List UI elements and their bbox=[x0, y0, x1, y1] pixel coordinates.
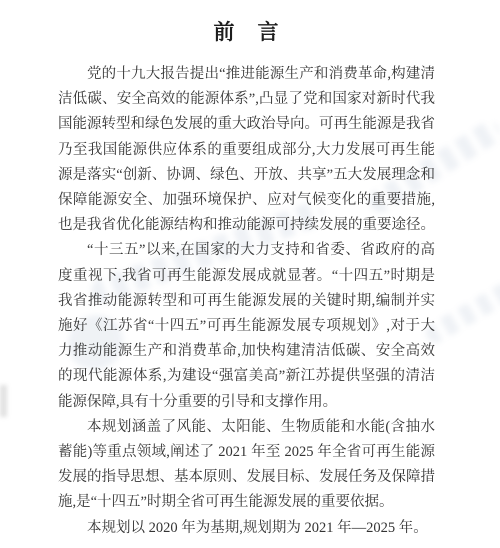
paragraph-3: 本规划涵盖了风能、太阳能、生物质能和水能(含抽水蓄能)等重点领域,阐述了 202… bbox=[58, 415, 435, 516]
preface-body: 党的十九大报告提出“推进能源生产和消费革命,构建清洁低碳、安全高效的能源体系”,… bbox=[58, 62, 435, 541]
paragraph-4: 本规划以 2020 年为基期,规划期为 2021 年—2025 年。 bbox=[58, 516, 435, 541]
paragraph-1: 党的十九大报告提出“推进能源生产和消费革命,构建清洁低碳、安全高效的能源体系”,… bbox=[58, 62, 435, 238]
paragraph-2: “十三五”以来,在国家的大力支持和省委、省政府的高度重视下,我省可再生能源发展成… bbox=[58, 238, 435, 414]
page-title: 前 言 bbox=[58, 20, 435, 44]
document-page: 前 言 党的十九大报告提出“推进能源生产和消费革命,构建清洁低碳、安全高效的能源… bbox=[0, 0, 500, 548]
document-content: 前 言 党的十九大报告提出“推进能源生产和消费革命,构建清洁低碳、安全高效的能源… bbox=[0, 20, 500, 541]
